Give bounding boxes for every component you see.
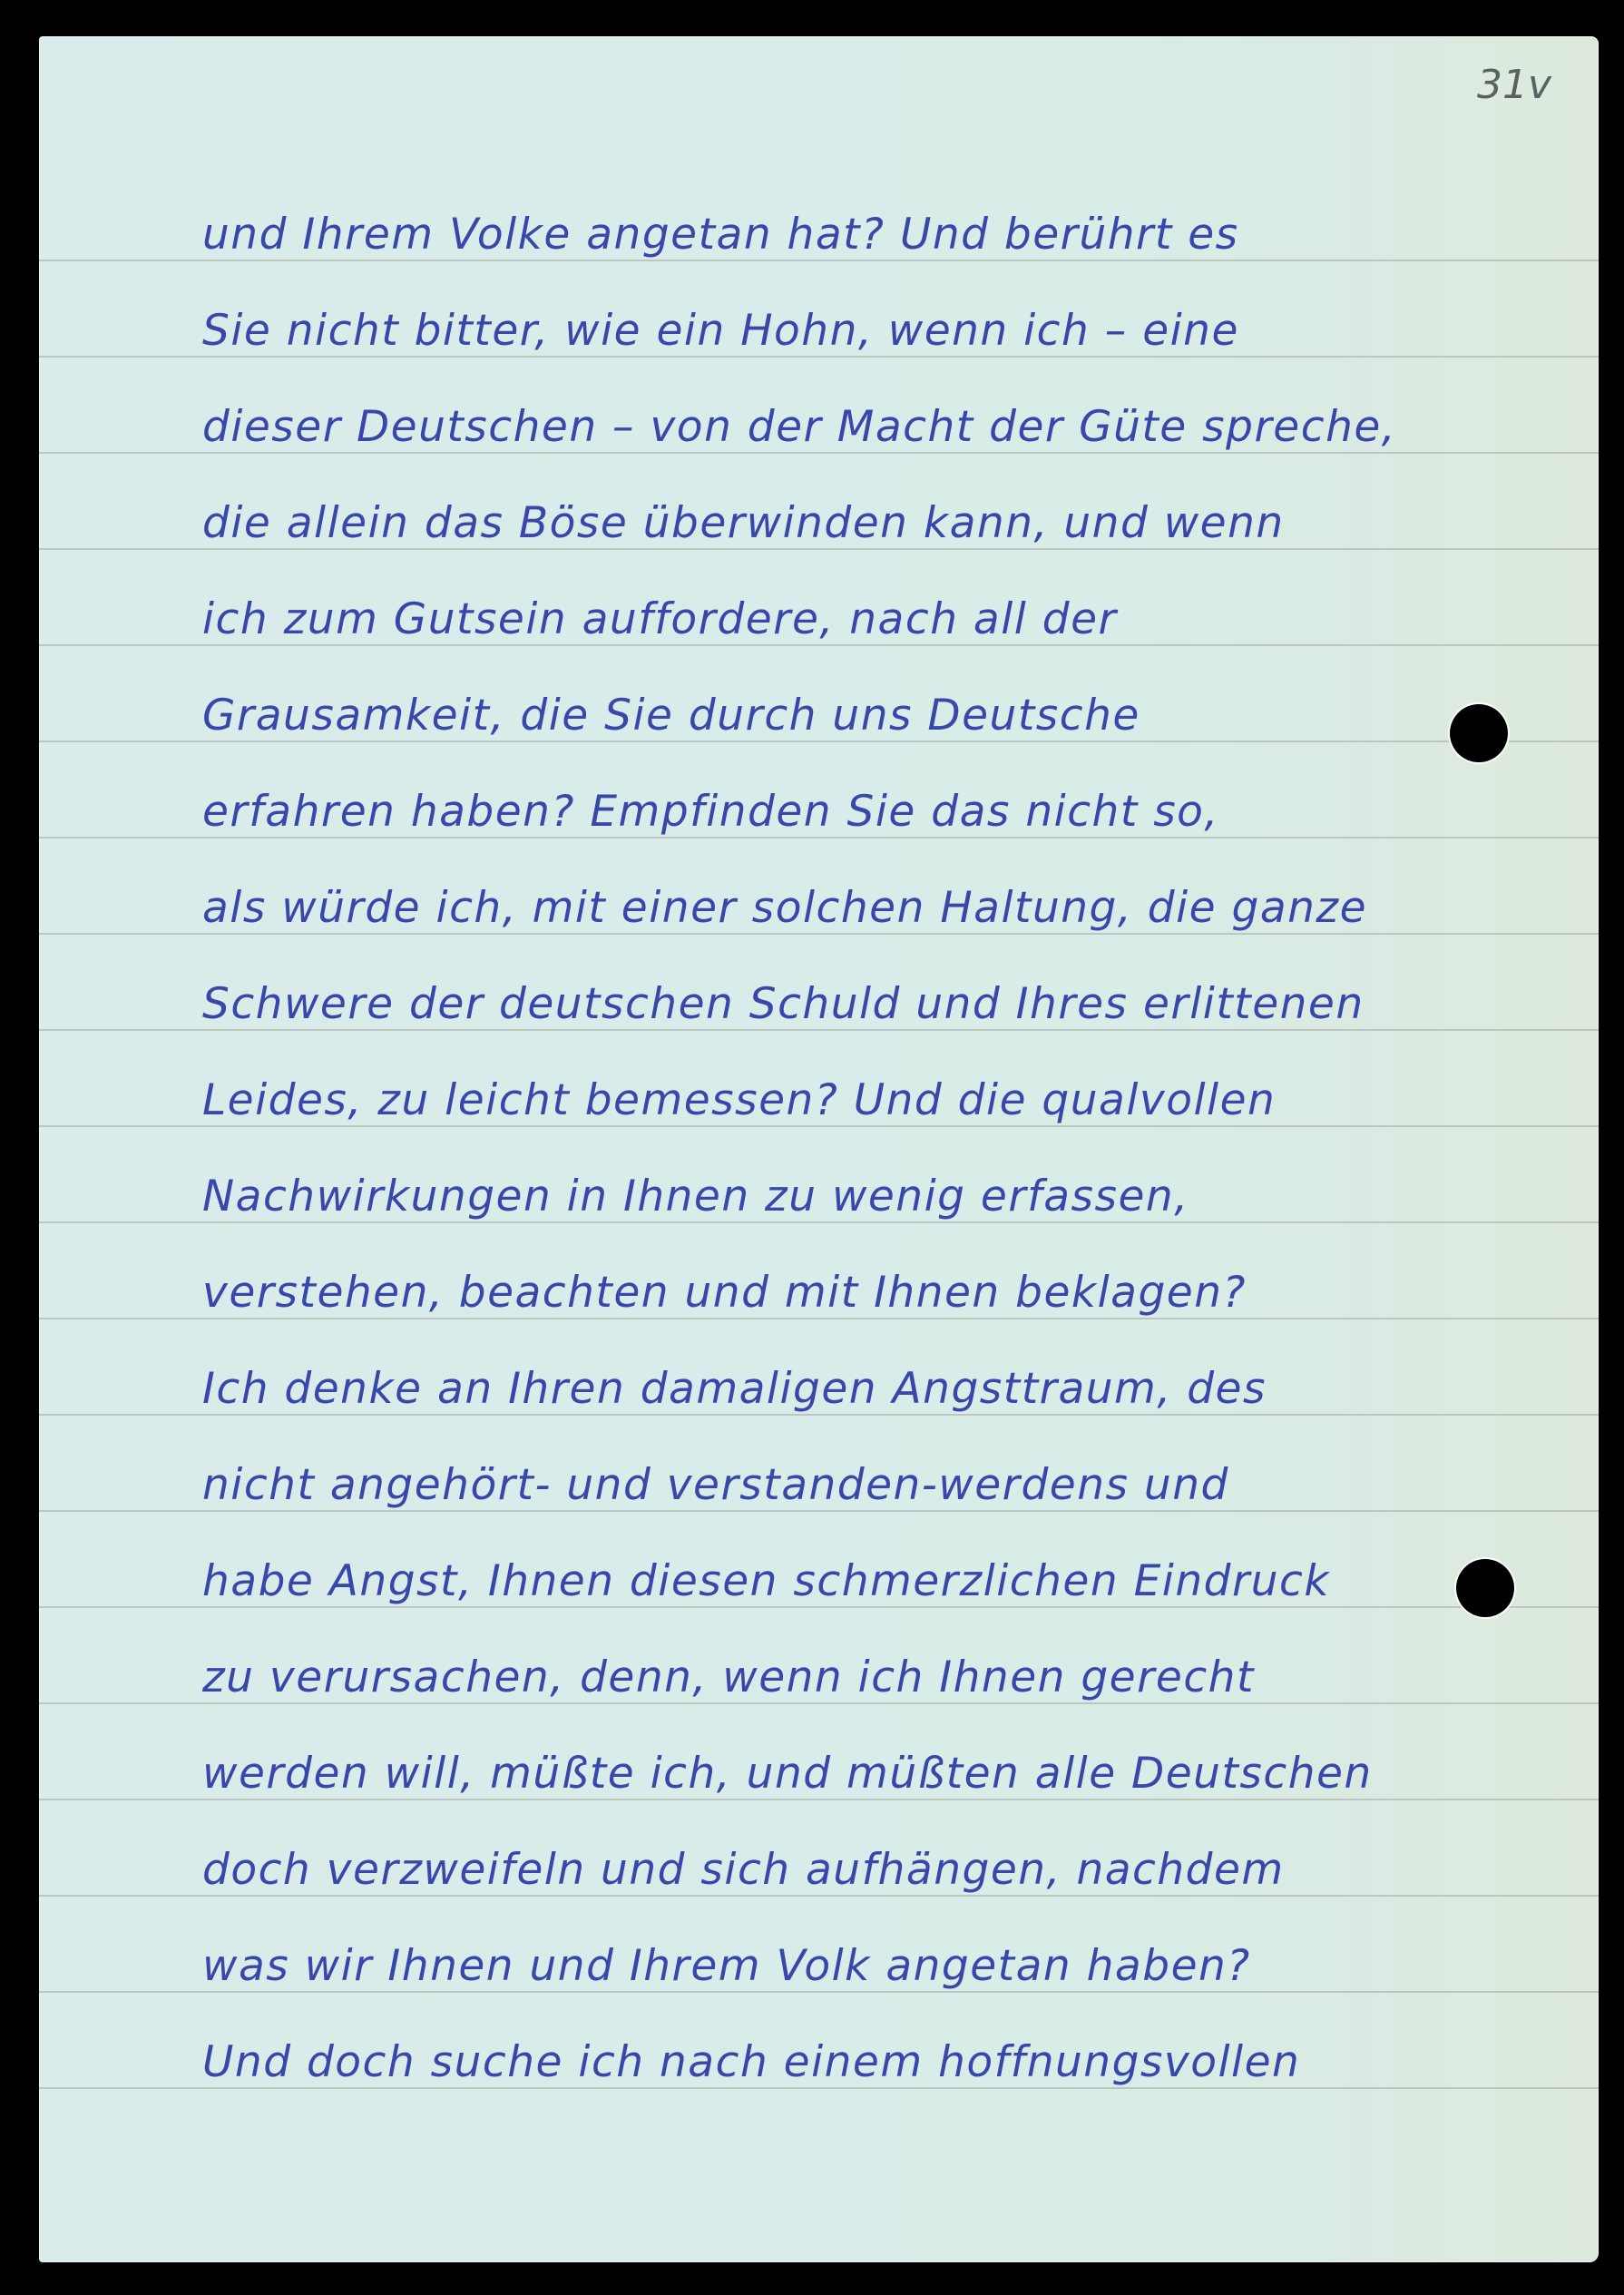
text-line-13: Ich denke an Ihren damaligen Angsttraum,… xyxy=(202,1358,1563,1421)
text-line-7: erfahren haben? Empfinden Sie das nicht … xyxy=(202,780,1563,844)
text-line-10: Leides, zu leicht bemessen? Und die qual… xyxy=(202,1069,1563,1133)
text-line-19: was wir Ihnen und Ihrem Volk angetan hab… xyxy=(202,1935,1563,1998)
text-line-9: Schwere der deutschen Schuld und Ihres e… xyxy=(202,973,1563,1036)
text-line-8: als würde ich, mit einer solchen Haltung… xyxy=(202,877,1563,940)
text-line-2: Sie nicht bitter, wie ein Hohn, wenn ich… xyxy=(202,299,1563,363)
text-line-15: habe Angst, Ihnen diesen schmerzlichen E… xyxy=(202,1550,1563,1613)
text-line-16: zu verursachen, denn, wenn ich Ihnen ger… xyxy=(202,1646,1563,1710)
punch-hole-top xyxy=(1450,704,1508,762)
text-line-1: und Ihrem Volke angetan hat? Und berührt… xyxy=(202,203,1563,267)
letter-page: 31v und Ihrem Volke angetan hat? Und ber… xyxy=(39,36,1599,2262)
text-line-20: Und doch suche ich nach einem hoffnungsv… xyxy=(202,2031,1563,2094)
text-line-12: verstehen, beachten und mit Ihnen beklag… xyxy=(202,1261,1563,1325)
text-line-3: dieser Deutschen – von der Macht der Güt… xyxy=(202,396,1563,459)
text-line-5: ich zum Gutsein auffordere, nach all der xyxy=(202,588,1563,652)
text-line-11: Nachwirkungen in Ihnen zu wenig erfassen… xyxy=(202,1165,1563,1229)
text-line-18: doch verzweifeln und sich aufhängen, nac… xyxy=(202,1839,1563,1902)
punch-hole-bottom xyxy=(1456,1559,1514,1617)
text-line-14: nicht angehört- und verstanden-werdens u… xyxy=(202,1454,1563,1517)
text-line-17: werden will, müßte ich, und müßten alle … xyxy=(202,1742,1563,1806)
folio-number: 31v xyxy=(1477,62,1551,108)
text-line-4: die allein das Böse überwinden kann, und… xyxy=(202,492,1563,555)
text-line-6: Grausamkeit, die Sie durch uns Deutsche xyxy=(202,684,1563,748)
